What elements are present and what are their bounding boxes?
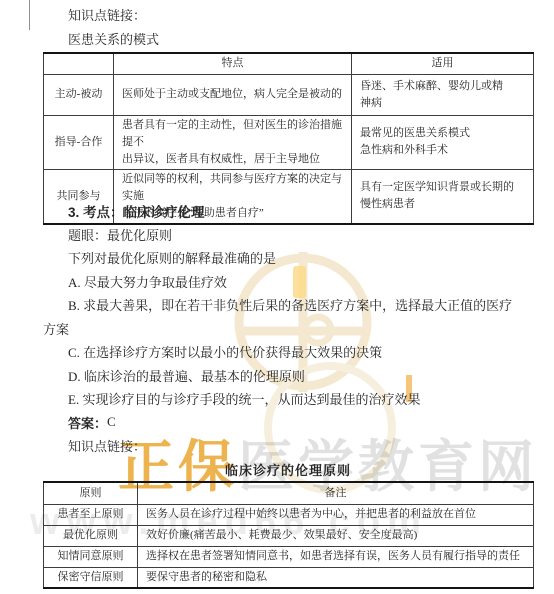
header-feature: 特点 — [114, 53, 352, 74]
document-content: 知识点链接： 医患关系的模式 特点 适用 主动-被动 医师处于主动或支配地位，病… — [0, 0, 554, 594]
table-row: 患者至上原则 医务人员在诊疗过程中始终以患者为中心，并把患者的利益放在首位 — [44, 504, 534, 525]
feature-cell: 医师处于主动或支配地位，病人完全是被动的 — [114, 74, 352, 115]
table-header-row: 特点 适用 — [44, 53, 534, 74]
model-label-cell: 指导-合作 — [44, 115, 114, 169]
model-label-cell: 主动-被动 — [44, 74, 114, 115]
question-line: D. 临床诊治的最普遍、最基本的伦理原则 — [43, 364, 533, 388]
table1-subtitle: 医患关系的模式 — [68, 31, 159, 48]
principle-label-cell: 保密守信原则 — [44, 567, 138, 588]
note-cell: 选择权在患者签署知情同意书，如患者选择有误，医务人员有履行指导的责任 — [138, 546, 534, 567]
document-page: { "intro": { "link_label": "知识点链接：", "su… — [0, 0, 554, 594]
table2-title: 临床诊疗的伦理原则 — [43, 458, 533, 482]
answer-label: 答案： — [68, 413, 107, 432]
header-apply: 适用 — [352, 53, 534, 74]
question-line: 方案 — [43, 317, 533, 341]
table-header-row: 原则 备注 — [44, 482, 534, 504]
table-row: 主动-被动 医师处于主动或支配地位，病人完全是被动的 昏迷、手术麻醉、婴幼儿或精… — [44, 74, 534, 115]
principle-label-cell: 患者至上原则 — [44, 504, 138, 525]
question-line: 题眼：最优化原则 — [43, 223, 533, 247]
apply-cell: 昏迷、手术麻醉、婴幼儿或精 神病 — [352, 74, 534, 115]
header-principle: 原则 — [44, 482, 138, 504]
apply-cell: 最常见的医患关系模式 急性病和外科手术 — [352, 115, 534, 169]
question-line: B. 求最大善果，即在若干非负性后果的备选医疗方案中，选择最大正值的医疗 — [43, 293, 533, 317]
feature-cell: 患者具有一定的主动性，但对医生的诊治措施提不 出异议，医者具有权威性，居于主导地… — [114, 115, 352, 169]
note-cell: 效好价廉(痛苦最小、耗费最少、效果最好、安全度最高) — [138, 525, 534, 546]
answer-line: 答案：C — [43, 411, 533, 435]
table-row: 最优化原则 效好价廉(痛苦最小、耗费最少、效果最好、安全度最高) — [44, 525, 534, 546]
table-row: 知情同意原则 选择权在患者签署知情同意书，如患者选择有误，医务人员有履行指导的责… — [44, 546, 534, 567]
knowledge-link-label: 知识点链接： — [68, 7, 146, 24]
principle-label-cell: 最优化原则 — [44, 525, 138, 546]
table-row: 保密守信原则 要保守患者的秘密和隐私 — [44, 567, 534, 588]
question-line: A. 尽最大努力争取最佳疗效 — [43, 270, 533, 294]
question-line: E. 实现诊疗目的与诊疗手段的统一，从而达到最佳的治疗效果 — [43, 387, 533, 411]
clinical-ethics-principles-table: 原则 备注 患者至上原则 医务人员在诊疗过程中始终以患者为中心，并把患者的利益放… — [43, 481, 534, 589]
answer-value: C — [107, 414, 116, 430]
header-empty — [44, 53, 114, 74]
table-row: 指导-合作 患者具有一定的主动性，但对医生的诊治措施提不 出异议，医者具有权威性… — [44, 115, 534, 169]
question-section: 3. 考点：临床诊疗伦理 题眼：最优化原则 下列对最优化原则的解释最准确的是 A… — [43, 199, 533, 481]
note-cell: 要保守患者的秘密和隐私 — [138, 567, 534, 588]
question-line: 下列对最优化原则的解释最准确的是 — [43, 246, 533, 270]
knowledge-link-label-2: 知识点链接： — [43, 434, 533, 458]
note-cell: 医务人员在诊疗过程中始终以患者为中心，并把患者的利益放在首位 — [138, 504, 534, 525]
header-note: 备注 — [138, 482, 534, 504]
principle-label-cell: 知情同意原则 — [44, 546, 138, 567]
section-heading: 3. 考点：临床诊疗伦理 — [43, 199, 533, 223]
question-line: C. 在选择诊疗方案时以最小的代价获得最大效果的决策 — [43, 340, 533, 364]
